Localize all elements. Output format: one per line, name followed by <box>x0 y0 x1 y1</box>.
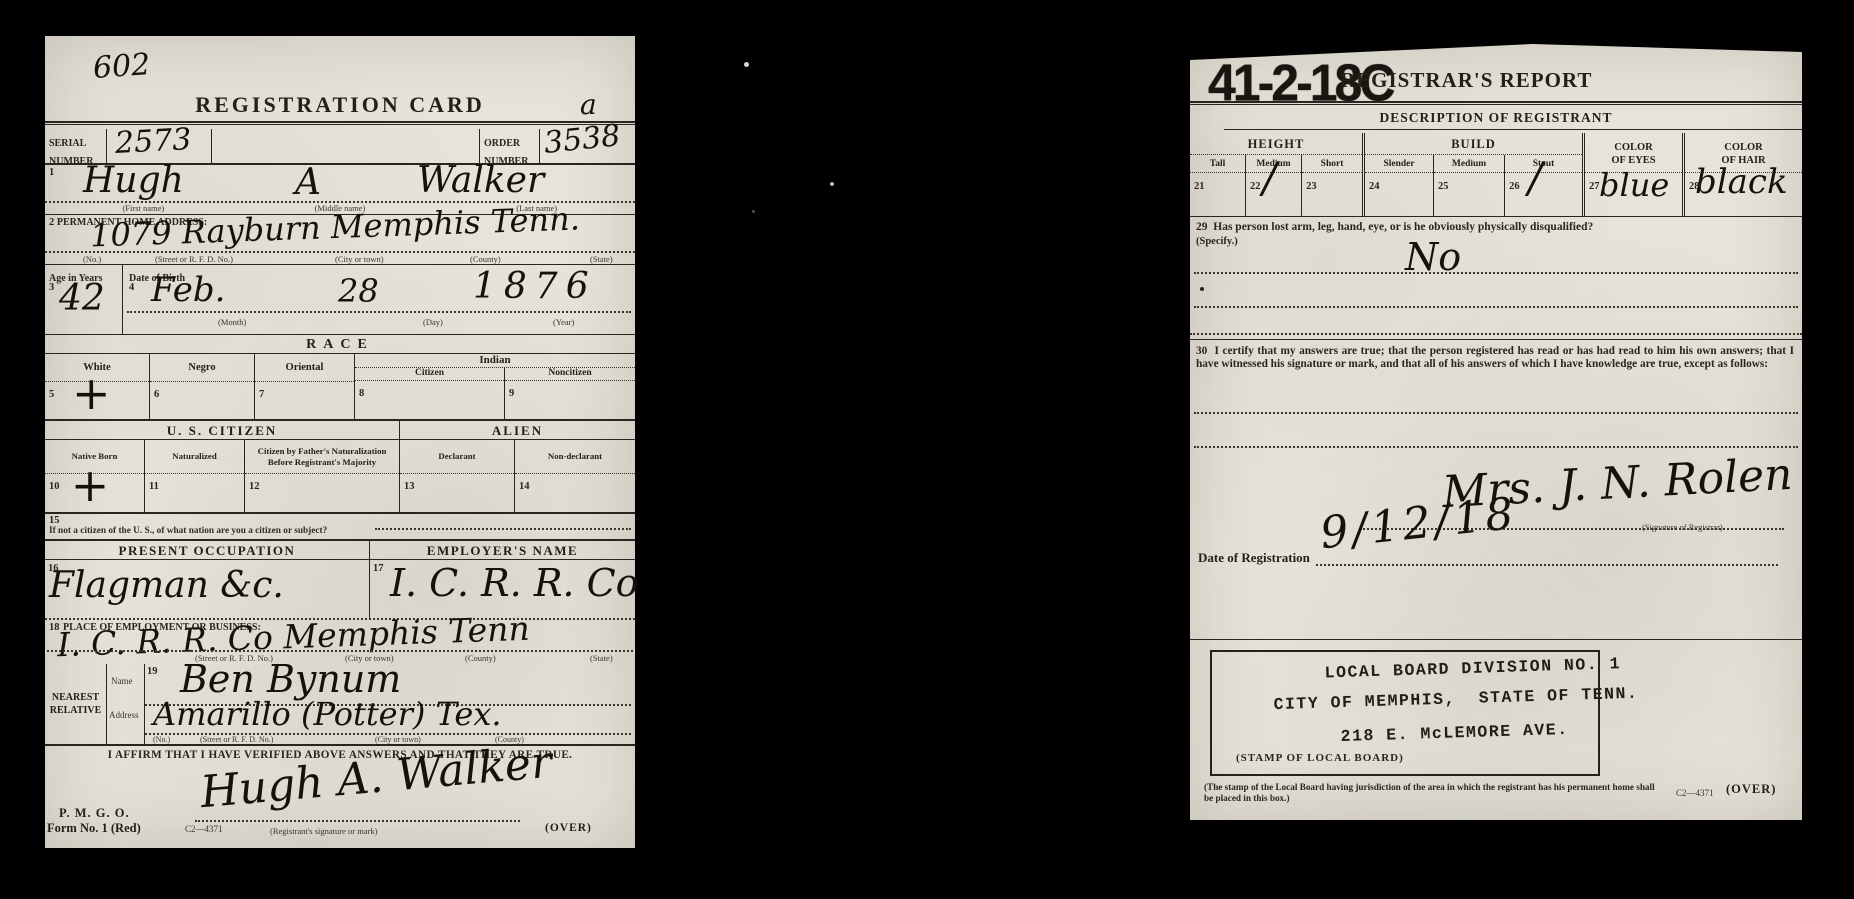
dotted-line <box>1194 446 1798 448</box>
citizen-col-nondeclarant: Non-declarant 14 <box>515 440 635 512</box>
col-label: Slender <box>1365 155 1433 173</box>
birth-month-value: Feb. <box>151 273 225 307</box>
over-label: (OVER) <box>1726 782 1776 797</box>
address-sublabel-street: (Street or R. F. D. No.) <box>155 254 233 264</box>
registration-card-front: 602 REGISTRATION CARD SERIAL NUMBER 2573… <box>45 36 635 848</box>
print-code: C2—4371 <box>185 824 223 834</box>
item-number: 17 <box>373 563 384 574</box>
col-label: Stout <box>1505 155 1582 173</box>
relative-name-label: Name <box>111 676 133 686</box>
cell-number: 11 <box>149 481 159 492</box>
registration-date-line <box>1316 564 1778 566</box>
dotted-line <box>1194 412 1798 414</box>
nation-question-label: If not a citizen of the U. S., of what n… <box>49 526 327 536</box>
section-rule <box>1190 333 1802 340</box>
employer-value: I. C. R. R. Co <box>390 564 639 602</box>
eyes-label: COLOR <box>1585 141 1682 154</box>
specify-label: (Specify.) <box>1196 236 1238 247</box>
cell-number: 27 <box>1589 181 1600 192</box>
race-group-indian: Indian Citizen 8 Noncitizen 9 <box>355 354 635 419</box>
birth-sublabel-year: (Year) <box>553 317 574 327</box>
employment-sublabel-state: (State) <box>590 653 613 663</box>
description-subtitle: DESCRIPTION OF REGISTRANT <box>1190 110 1802 126</box>
citizen-col-declarant: Declarant 13 <box>400 440 515 512</box>
over-label: (OVER) <box>545 822 592 834</box>
handwritten-mark: + <box>72 370 111 416</box>
subtitle-rule <box>1224 129 1802 130</box>
cell-number: 14 <box>519 481 530 492</box>
title-rule <box>1190 101 1802 105</box>
age-birth-row: Age in Years 3 42 Date of Birth 4 Feb. 2… <box>45 265 635 335</box>
item-number: 2 <box>49 217 54 228</box>
item-number: 15 <box>49 515 60 526</box>
nearest-relative-label: RELATIVE <box>50 704 102 717</box>
eye-color-value: blue <box>1599 169 1669 201</box>
address-sublabel-city: (City or town) <box>335 254 384 264</box>
race-col-indian-noncitizen: Noncitizen 9 <box>505 368 635 419</box>
col-label: Medium <box>1434 155 1504 173</box>
build-group-label: BUILD <box>1365 133 1582 155</box>
relative-sublabel-street: (Street or R. F. D. No.) <box>200 735 273 744</box>
build-group: BUILD Slender 24 Medium 25 Stout 2 <box>1365 133 1585 216</box>
order-number-cell: a 3538 <box>540 129 635 163</box>
registration-date-label: Date of Registration <box>1198 550 1310 566</box>
birth-day-value: 28 <box>338 275 379 307</box>
birth-year-value: 1876 <box>473 269 597 305</box>
relative-sublabel-no: (No.) <box>153 735 170 744</box>
race-col-oriental: Oriental 7 <box>255 354 355 419</box>
item-number: 4 <box>129 282 134 293</box>
item-number: 1 <box>49 167 54 178</box>
race-col-indian-citizen: Citizen 8 <box>355 368 505 419</box>
relative-sublabel-city: (City or town) <box>375 735 421 744</box>
cell-number: 8 <box>359 388 364 399</box>
cell-number: 12 <box>249 481 260 492</box>
race-col-label: Citizen <box>355 368 504 381</box>
registrar-signature-sublabel: (Signature of Registrar) <box>1642 522 1723 532</box>
citizen-col-native-born: Native Born 10 + <box>45 440 145 512</box>
cell-number: 22 <box>1250 181 1261 192</box>
report-title: REGISTRAR'S REPORT <box>1340 68 1592 93</box>
height-group: HEIGHT Tall 21 Medium 22 / Short 23 <box>1190 133 1365 216</box>
citizen-col-label: Naturalized <box>145 440 244 474</box>
occupation-section-header: PRESENT OCCUPATION EMPLOYER'S NAME <box>45 541 635 560</box>
citizen-col-naturalized: Naturalized 11 <box>145 440 245 512</box>
stamp-section-rule <box>1190 639 1802 640</box>
cell-number: 13 <box>404 481 415 492</box>
nearest-relative-block: NEAREST RELATIVE Name Address 19 Ben Byn… <box>45 664 635 746</box>
item-number: 19 <box>147 666 158 677</box>
item-number: 3 <box>49 282 54 293</box>
occupation-employer-row: 16 Flagman &c. 17 I. C. R. R. Co <box>45 560 635 620</box>
height-col-tall: Tall 21 <box>1190 155 1246 216</box>
citizen-col-label: Non-declarant <box>515 440 635 474</box>
race-col-white: White 5 + <box>45 354 150 419</box>
employment-sublabel-county: (County) <box>465 653 496 663</box>
cell-number: 21 <box>1194 181 1205 192</box>
relative-address-line: Amarillo (Potter) Tex. <box>145 704 631 735</box>
hair-label: COLOR <box>1685 141 1802 154</box>
serial-number-value: 2573 <box>114 125 192 159</box>
home-address-row: 2 PERMANENT HOME ADDRESS: 1079 Rayburn M… <box>45 215 635 253</box>
card-title: REGISTRATION CARD <box>45 92 635 118</box>
dotted-line <box>1194 306 1798 308</box>
ink-speck <box>1200 287 1204 291</box>
race-col-negro: Negro 6 <box>150 354 255 419</box>
citizen-col-by-father: Citizen by Father's Naturalization Befor… <box>245 440 400 512</box>
handwritten-mark: / <box>1263 157 1277 199</box>
scan-speck <box>830 182 834 186</box>
col-label: Tall <box>1190 155 1245 173</box>
hair-color-value: black <box>1695 165 1788 199</box>
item-number: 30 <box>1196 345 1207 357</box>
citizenship-section-header: U. S. CITIZEN ALIEN <box>45 421 635 440</box>
nation-dotted-line <box>375 528 631 530</box>
middle-name-value: A <box>295 165 321 201</box>
scan-speck <box>744 62 749 67</box>
handwritten-mark: + <box>71 462 110 508</box>
height-group-label: HEIGHT <box>1190 133 1362 155</box>
citizenship-table: Native Born 10 + Naturalized 11 Citizen … <box>45 440 635 514</box>
item-number: 29 <box>1196 221 1208 233</box>
cell-number: 10 <box>49 481 60 492</box>
registrars-report-back: 41-2-18C REGISTRAR'S REPORT DESCRIPTION … <box>1190 44 1802 820</box>
stamp-box-caption: (STAMP OF LOCAL BOARD) <box>1236 752 1404 764</box>
relative-address-label: Address <box>109 710 139 720</box>
disability-question-text: Has person lost arm, leg, hand, eye, or … <box>1213 221 1593 233</box>
form-number-label: Form No. 1 (Red) <box>47 821 141 836</box>
certification-statement: 30 I certify that my answers are true; t… <box>1196 345 1794 371</box>
form-office-label: P. M. G. O. <box>59 806 130 821</box>
us-citizen-header: U. S. CITIZEN <box>45 421 400 439</box>
address-sublabel-state: (State) <box>590 254 613 264</box>
name-row: 1 Hugh A Walker <box>45 165 635 203</box>
order-number-value: 3538 <box>543 121 622 159</box>
disability-answer: No <box>1405 238 1461 276</box>
front-header: 602 REGISTRATION CARD <box>45 36 635 129</box>
race-col-label: Negro <box>150 354 254 382</box>
stamp-instruction-note: (The stamp of the Local Board having jur… <box>1204 782 1666 803</box>
birth-sublabel-day: (Day) <box>423 317 443 327</box>
employer-header: EMPLOYER'S NAME <box>370 541 635 559</box>
scanned-document-page: 602 REGISTRATION CARD SERIAL NUMBER 2573… <box>0 0 1854 899</box>
birth-sublabel-month: (Month) <box>218 317 246 327</box>
col-label: Short <box>1302 155 1362 173</box>
nation-question-row: 15 If not a citizen of the U. S., of wha… <box>45 514 635 541</box>
cell-number: 26 <box>1509 181 1520 192</box>
signature-line <box>195 820 520 822</box>
cell-number: 6 <box>154 389 159 400</box>
last-name-value: Walker <box>417 163 544 199</box>
stamp-line: LOCAL BOARD DIVISION NO. 1 <box>1324 654 1621 682</box>
stamp-line: CITY OF MEMPHIS, STATE OF TENN. <box>1273 684 1638 714</box>
registration-date-value: 9/12/18 <box>1318 492 1519 556</box>
race-table: White 5 + Negro 6 Oriental 7 Indian Citi… <box>45 353 635 421</box>
cell-number: 9 <box>509 388 514 399</box>
address-sublabel-county: (County) <box>470 254 501 264</box>
hair-column: COLOR OF HAIR 28 black <box>1685 133 1802 216</box>
scan-speck <box>752 210 755 213</box>
occupation-header: PRESENT OCCUPATION <box>45 541 370 559</box>
cell-number: 25 <box>1438 181 1449 192</box>
print-code: C2—4371 <box>1676 788 1714 798</box>
citizen-col-label: Citizen by Father's Naturalization Befor… <box>245 440 399 474</box>
signature-sublabel: (Registrant's signature or mark) <box>270 826 378 836</box>
first-name-value: Hugh <box>83 163 184 199</box>
citizen-col-label: Declarant <box>400 440 514 474</box>
stamp-line: 218 E. McLEMORE AVE. <box>1340 720 1569 746</box>
cell-number: 24 <box>1369 181 1380 192</box>
description-table: HEIGHT Tall 21 Medium 22 / Short 23 <box>1190 133 1802 217</box>
dotted-line <box>1194 272 1798 274</box>
alien-header: ALIEN <box>400 421 635 439</box>
relative-address-value: Amarillo (Potter) Tex. <box>153 698 502 730</box>
build-col-slender: Slender 24 <box>1365 155 1434 216</box>
address-sublabel-no: (No.) <box>83 254 101 264</box>
race-col-label: Oriental <box>255 354 354 382</box>
eyes-column: COLOR OF EYES 27 blue <box>1585 133 1685 216</box>
height-col-medium: Medium 22 / <box>1246 155 1302 216</box>
height-col-short: Short 23 <box>1302 155 1362 216</box>
race-col-label: Noncitizen <box>505 368 635 381</box>
handwritten-mark: / <box>1528 157 1542 199</box>
relative-name-value: Ben Bynum <box>180 660 401 698</box>
nearest-relative-label: NEAREST <box>52 691 99 704</box>
address-sublabels: (No.) (Street or R. F. D. No.) (City or … <box>45 253 635 265</box>
build-col-stout: Stout 26 / <box>1505 155 1582 216</box>
birth-dotted-line <box>127 311 631 313</box>
occupation-value: Flagman &c. <box>49 568 284 604</box>
cell-number: 5 <box>49 389 54 400</box>
serial-blank-box <box>212 129 480 163</box>
build-col-medium: Medium 25 <box>1434 155 1505 216</box>
front-footer: P. M. G. O. Form No. 1 (Red) C2—4371 Hug… <box>45 764 635 848</box>
race-section-header: RACE <box>45 335 635 353</box>
cell-number: 23 <box>1306 181 1317 192</box>
order-number-prefix: a <box>580 91 597 119</box>
corner-number: 602 <box>92 50 151 84</box>
certification-text: I certify that my answers are true; that… <box>1196 345 1794 370</box>
cell-number: 7 <box>259 389 264 400</box>
age-value: 42 <box>59 281 105 317</box>
indian-group-label: Indian <box>355 354 635 368</box>
disability-question: 29 Has person lost arm, leg, hand, eye, … <box>1196 221 1796 233</box>
employment-dotted-line <box>47 650 633 652</box>
